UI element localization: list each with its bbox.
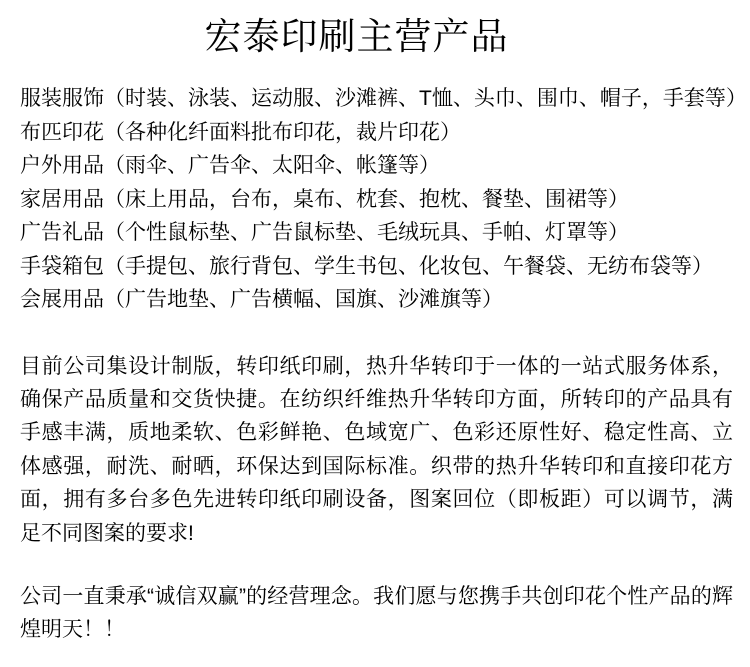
page-title: 宏泰印刷主营产品 xyxy=(20,0,693,60)
product-line-bags: 手袋箱包（手提包、旅行背包、学生书包、化妆包、午餐袋、无纺布袋等） xyxy=(20,250,733,284)
product-line-clothing: 服装服饰（时装、泳装、运动服、沙滩裤、T恤、头巾、围巾、帽子，手套等） xyxy=(20,82,733,116)
closing-paragraph: 公司一直秉承“诚信双赢”的经营理念。我们愿与您携手共创印花个性产品的辉煌明天！！ xyxy=(20,580,733,647)
intro-paragraph: 目前公司集设计制版，转印纸印刷，热升华转印于一体的一站式服务体系，确保产品质量和… xyxy=(20,350,733,550)
product-line-fabric-printing: 布匹印花（各种化纤面料批布印花，裁片印花） xyxy=(20,116,733,150)
product-list: 服装服饰（时装、泳装、运动服、沙滩裤、T恤、头巾、围巾、帽子，手套等） 布匹印花… xyxy=(20,82,733,317)
product-line-household: 家居用品（床上用品，台布，桌布、枕套、抱枕、餐垫、围裙等） xyxy=(20,183,733,217)
product-line-exhibition: 会展用品（广告地垫、广告横幅、国旗、沙滩旗等） xyxy=(20,283,733,317)
product-line-promotional-gifts: 广告礼品（个性鼠标垫、广告鼠标垫、毛绒玩具、手帕、灯罩等） xyxy=(20,216,733,250)
document-page: 宏泰印刷主营产品 服装服饰（时装、泳装、运动服、沙滩裤、T恤、头巾、围巾、帽子，… xyxy=(0,0,750,667)
product-line-outdoor: 户外用品（雨伞、广告伞、太阳伞、帐篷等） xyxy=(20,149,733,183)
